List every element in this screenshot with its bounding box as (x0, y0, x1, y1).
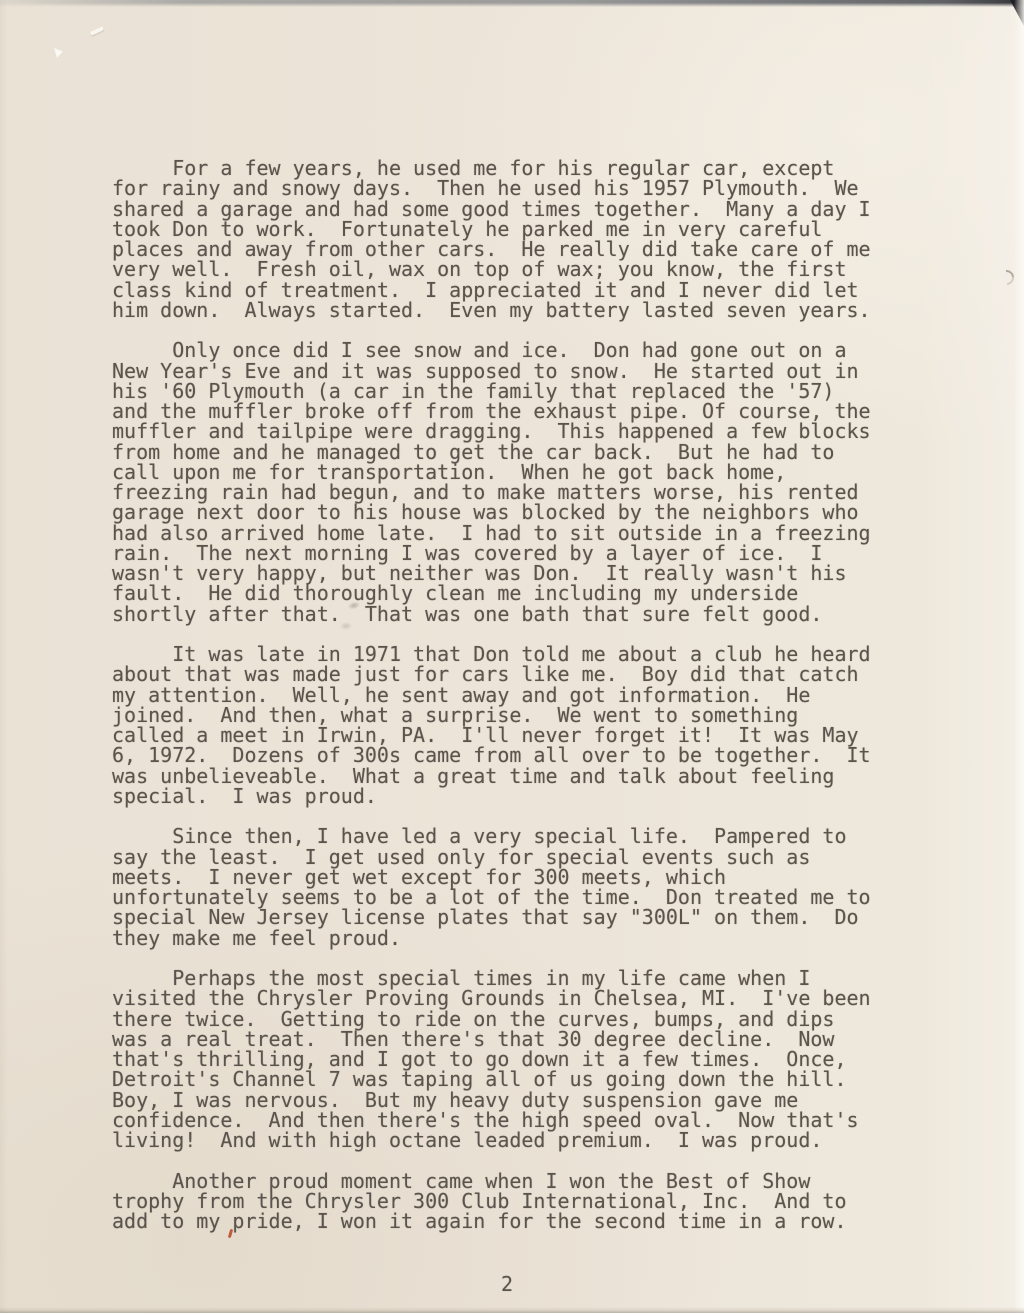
paper-speck (54, 48, 63, 58)
paragraph-best-of-show: Another proud moment came when I won the… (112, 1171, 902, 1232)
scanned-page: For a few years, he used me for his regu… (0, 0, 1024, 1313)
typewritten-text: For a few years, he used me for his regu… (112, 158, 902, 1231)
paragraph-snow-and-ice: Only once did I see snow and ice. Don ha… (112, 340, 902, 624)
paragraph-proving-grounds: Perhaps the most special times in my lif… (112, 968, 902, 1150)
page-number: 2 (0, 1274, 1014, 1294)
paragraph-special-life: Since then, I have led a very special li… (112, 826, 902, 948)
scan-edge-bottom (0, 1307, 1024, 1313)
scan-edge-left (0, 0, 8, 1313)
paper-speck (90, 26, 104, 36)
paragraph-regular-car: For a few years, he used me for his regu… (112, 158, 902, 320)
paragraph-club-1971: It was late in 1971 that Don told me abo… (112, 644, 902, 806)
scan-edge-right (1014, 0, 1024, 1313)
scan-edge-top (0, 0, 1024, 7)
